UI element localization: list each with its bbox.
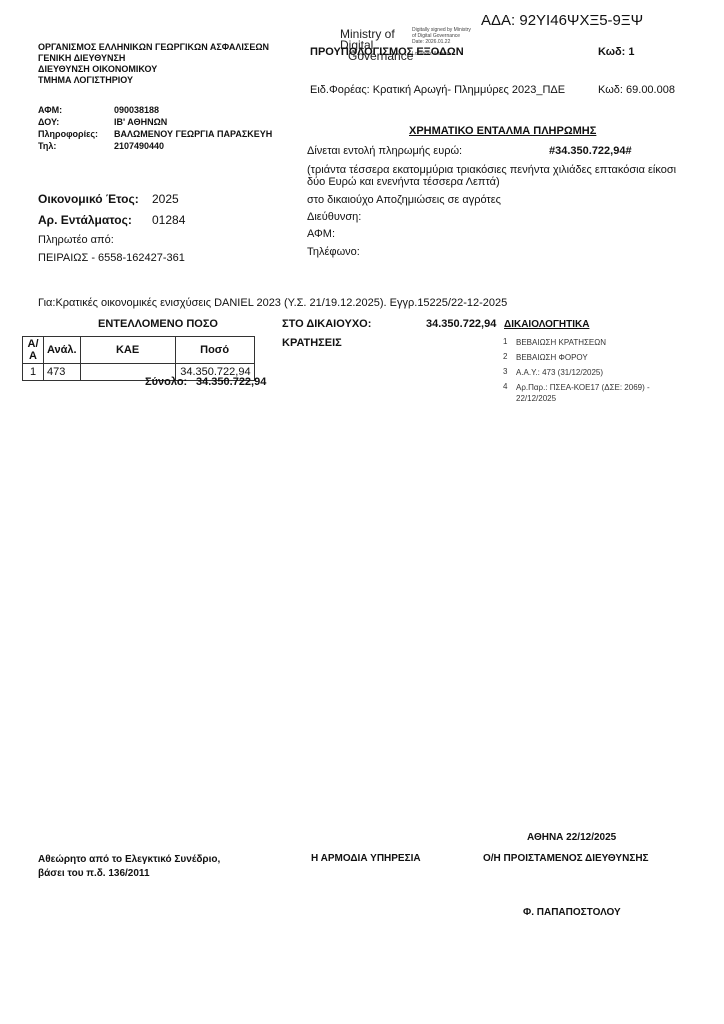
org-line: ΔΙΕΥΘΥΝΣΗ ΟΙΚΟΝΟΜΙΚΟΥ: [38, 64, 269, 75]
ada-code: ΑΔΑ: 92ΥΙ46ΨΧΞ5-9ΞΨ: [481, 12, 643, 29]
audit-line: βάσει του π.δ. 136/2011: [38, 867, 220, 881]
org-line: ΓΕΝΙΚΗ ΔΙΕΥΘΥΝΣΗ: [38, 53, 269, 64]
special-body: Ειδ.Φορέας: Κρατική Αρωγή- Πλημμύρες 202…: [310, 84, 565, 96]
fiscal-year-label: Οικονομικό Έτος:: [38, 192, 139, 206]
special-code: Κωδ: 69.00.008: [598, 84, 675, 96]
table-header-row: Α/Α Ανάλ. ΚΑΕ Ποσό: [23, 337, 255, 364]
beneficiary-label: ΣΤΟ ΔΙΚΑΙΟΥΧΟ:: [282, 318, 371, 330]
documents-list: 1ΒΕΒΑΙΩΣΗ ΚΡΑΤΗΣΕΩΝ 2ΒΕΒΑΙΩΣΗ ΦΟΡΟΥ 3Α.Α…: [503, 337, 706, 408]
address-label: Διεύθυνση:: [307, 211, 361, 223]
field-label: Πληροφορίες:: [38, 128, 114, 140]
col-header: Ανάλ.: [44, 337, 81, 364]
amount-words-line: δύο Ευρώ και ενενήντα τέσσερα Λεπτά): [307, 176, 676, 188]
col-header: Α/Α: [23, 337, 44, 364]
list-item: 1ΒΕΒΑΙΩΣΗ ΚΡΑΤΗΣΕΩΝ: [503, 337, 706, 348]
item-text: Α.Α.Υ.: 473 (31/12/2025): [516, 367, 706, 378]
col-header: ΚΑΕ: [80, 337, 175, 364]
fiscal-year: 2025: [152, 192, 179, 206]
audit-line: Αθεώρητο από το Ελεγκτικό Συνέδριο,: [38, 853, 220, 867]
order-title: ΧΡΗΜΑΤΙΚΟ ΕΝΤΑΛΜΑ ΠΛΗΡΩΜΗΣ: [409, 125, 596, 137]
list-item: 3Α.Α.Υ.: 473 (31/12/2025): [503, 367, 706, 378]
cell: 1: [23, 364, 44, 381]
field-value: ΙΒ' ΑΘΗΝΩΝ: [114, 117, 167, 127]
order-amount: #34.350.722,94#: [549, 145, 632, 157]
payable-label: Πληρωτέο από:: [38, 234, 114, 246]
field-label: Τηλ:: [38, 140, 114, 152]
director-title: Ο/Η ΠΡΟΙΣΤΑΜΕΝΟΣ ΔΙΕΥΘΥΝΣΗΣ: [483, 853, 649, 864]
field-value: 090038188: [114, 105, 159, 115]
item-text: ΒΕΒΑΙΩΣΗ ΚΡΑΤΗΣΕΩΝ: [516, 337, 706, 348]
kae-table: Α/Α Ανάλ. ΚΑΕ Ποσό 1 473 34.350.722,94: [22, 336, 255, 381]
deductions-label: ΚΡΑΤΗΣΕΙΣ: [282, 337, 342, 349]
amount-words-line: (τριάντα τέσσερα εκατομμύρια τριακόσιες …: [307, 164, 676, 176]
director-name: Φ. ΠΑΠΑΠΟΣΤΟΛΟΥ: [523, 907, 621, 918]
cell: 473: [44, 364, 81, 381]
field-label: ΔΟΥ:: [38, 116, 114, 128]
list-item: 2ΒΕΒΑΙΩΣΗ ΦΟΡΟΥ: [503, 352, 706, 363]
amount-in-words: (τριάντα τέσσερα εκατομμύρια τριακόσιες …: [307, 164, 676, 188]
list-item: 4Αρ.Παρ.: ΠΣΕΑ-ΚΟΕ17 (ΔΣΕ: 2069) - 22/12…: [503, 382, 706, 404]
total-amount: 34.350.722,94: [196, 376, 266, 388]
audit-note: Αθεώρητο από το Ελεγκτικό Συνέδριο, βάσε…: [38, 853, 220, 881]
budget-code: Κωδ: 1: [598, 46, 635, 58]
total-label: Σύνολο:: [145, 376, 187, 388]
field-value: ΒΑΛΩΜΕΝΟΥ ΓΕΩΡΓΙΑ ΠΑΡΑΣΚΕΥΗ: [114, 129, 272, 139]
beneficiary: στο δικαιούχο Αποζημιώσεις σε αγρότες: [307, 194, 501, 206]
item-text: ΒΕΒΑΙΩΣΗ ΦΟΡΟΥ: [516, 352, 706, 363]
item-number: 1: [503, 337, 516, 348]
documents-title: ΔΙΚΑΙΟΛΟΓΗΤΙΚΑ: [504, 319, 589, 330]
ordered-amount-title: ΕΝΤΕΛΛΟΜΕΝΟ ΠΟΣΟ: [98, 318, 218, 330]
instruction-label: Δίνεται εντολή πληρωμής ευρώ:: [307, 145, 462, 157]
beneficiary-amount: 34.350.722,94: [426, 318, 496, 330]
col-header: Ποσό: [175, 337, 254, 364]
payable-account: ΠΕΙΡΑΙΩΣ - 6558-162427-361: [38, 252, 185, 264]
org-line: ΤΜΗΜΑ ΛΟΓΙΣΤΗΡΙΟΥ: [38, 75, 269, 86]
place-date: ΑΘΗΝΑ 22/12/2025: [527, 832, 616, 843]
item-number: 4: [503, 382, 516, 404]
warrant-label: Αρ. Εντάλματος:: [38, 213, 132, 227]
budget-title: ΠΡΟΥΠΟΛΟΓΙΣΜΟΣ ΕΞΟΔΩΝ: [310, 46, 464, 58]
issuer-info: ΑΦΜ:090038188 ΔΟΥ:ΙΒ' ΑΘΗΝΩΝ Πληροφορίες…: [38, 104, 272, 152]
organization-block: ΟΡΓΑΝΙΣΜΟΣ ΕΛΛΗΝΙΚΩΝ ΓΕΩΡΓΙΚΩΝ ΑΣΦΑΛΙΣΕΩ…: [38, 42, 269, 86]
field-value: 2107490440: [114, 141, 164, 151]
item-text: Αρ.Παρ.: ΠΣΕΑ-ΚΟΕ17 (ΔΣΕ: 2069) - 22/12/…: [516, 382, 676, 404]
item-number: 3: [503, 367, 516, 378]
org-line: ΟΡΓΑΝΙΣΜΟΣ ΕΛΛΗΝΙΚΩΝ ΓΕΩΡΓΙΚΩΝ ΑΣΦΑΛΙΣΕΩ…: [38, 42, 269, 53]
phone-label: Τηλέφωνο:: [307, 246, 360, 258]
afm-label: ΑΦΜ:: [307, 228, 335, 240]
warrant-number: 01284: [152, 213, 185, 227]
item-number: 2: [503, 352, 516, 363]
responsible-service: Η ΑΡΜΟΔΙΑ ΥΠΗΡΕΣΙΑ: [311, 853, 421, 864]
field-label: ΑΦΜ:: [38, 104, 114, 116]
purpose: Για:Κρατικές οικονομικές ενισχύσεις DANI…: [38, 297, 507, 309]
